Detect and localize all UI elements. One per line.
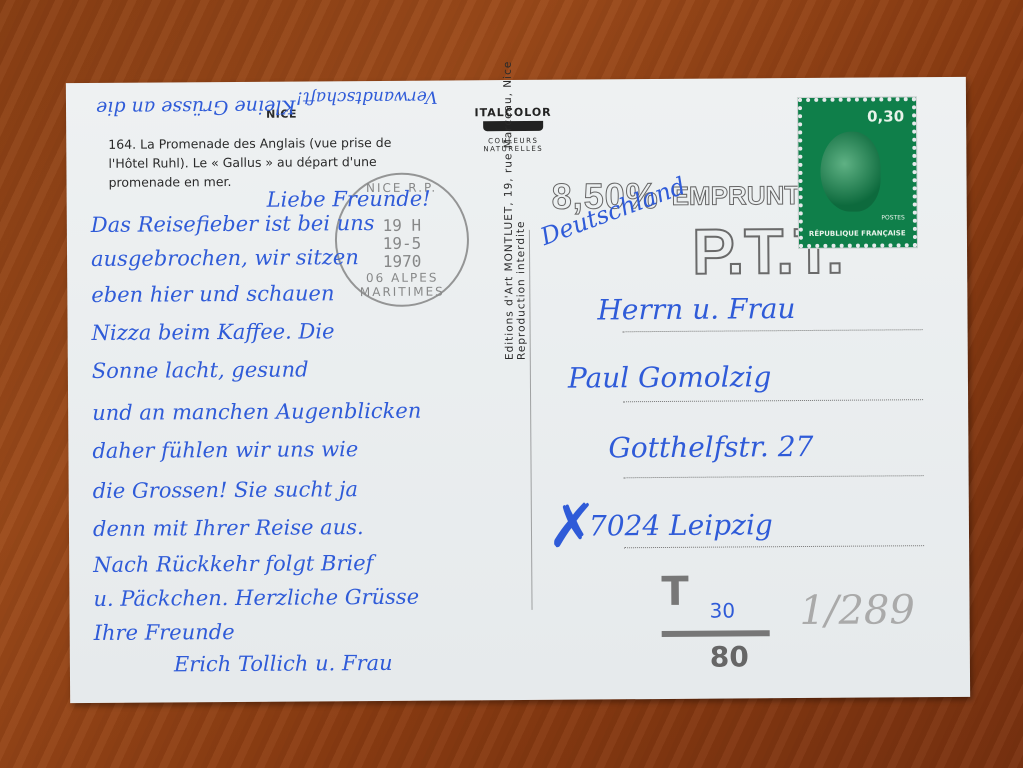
marianne-profile-icon: [820, 131, 881, 211]
credit-line-1: Editions d'Art MONTLUET, 19, rue Marceau…: [502, 60, 516, 360]
message-line: Ihre Freunde: [94, 620, 235, 645]
postmark-region: 06 ALPES MARITIMES: [337, 270, 467, 299]
message-line: eben hier und schauen: [91, 281, 334, 307]
postage-due-bar: [662, 630, 770, 637]
center-divider: [529, 230, 533, 610]
address-salutation: Herrn u. Frau: [597, 292, 795, 326]
address-line: [623, 329, 923, 332]
message-line: u. Päckchen. Herzliche Grüsse: [93, 585, 419, 611]
address-name: Paul Gomolzig: [568, 360, 772, 394]
upside-down-note: Kleine Grüsse an die: [96, 96, 296, 119]
message-line: daher fühlen wir uns wie: [92, 437, 358, 463]
message-line: die Grossen! Sie sucht ja: [93, 477, 358, 503]
postage-due-denominator: 80: [710, 640, 749, 673]
address-city: 7024 Leipzig: [589, 508, 773, 542]
postage-stamp: 0,30 POSTES RÉPUBLIQUE FRANÇAISE: [798, 97, 917, 248]
message-line: Nizza beim Kaffee. Die: [92, 319, 335, 345]
slogan-word: EMPRUNT: [672, 180, 801, 212]
message-line: und an manchen Augenblicken: [92, 399, 421, 425]
message-line: ausgebrochen, wir sitzen: [91, 245, 359, 271]
upside-down-note-2: Verwandtschaft!: [296, 87, 438, 108]
address-line: [624, 475, 924, 478]
stamp-value: 0,30: [867, 107, 904, 125]
message-line: Sonne lacht, gesund: [92, 357, 309, 383]
address-line: [624, 545, 924, 548]
stamp-country: RÉPUBLIQUE FRANÇAISE: [809, 229, 906, 238]
postcard: NICE 164. La Promenade des Anglais (vue …: [66, 77, 970, 703]
message-line: Das Reisefieber ist bei uns: [91, 211, 375, 237]
postage-due-value: 30: [709, 598, 735, 622]
message-line: Liebe Freunde!: [267, 187, 431, 212]
message-line: Nach Rückkehr folgt Brief: [93, 551, 373, 577]
signature: Erich Tollich u. Frau: [174, 651, 393, 677]
message-line: denn mit Ihrer Reise aus.: [93, 515, 364, 541]
postage-due-letter: T: [661, 569, 689, 615]
credit-line-2: Reproduction interdite: [514, 60, 528, 360]
cross-mark-icon: ✗: [547, 491, 598, 561]
address-line: [623, 399, 923, 402]
pencil-note: 1/289: [799, 587, 915, 634]
publisher-credit: Editions d'Art MONTLUET, 19, rue Marceau…: [502, 60, 528, 360]
stamp-postes-label: POSTES: [881, 214, 904, 221]
address-street: Gotthelfstr. 27: [608, 430, 813, 464]
